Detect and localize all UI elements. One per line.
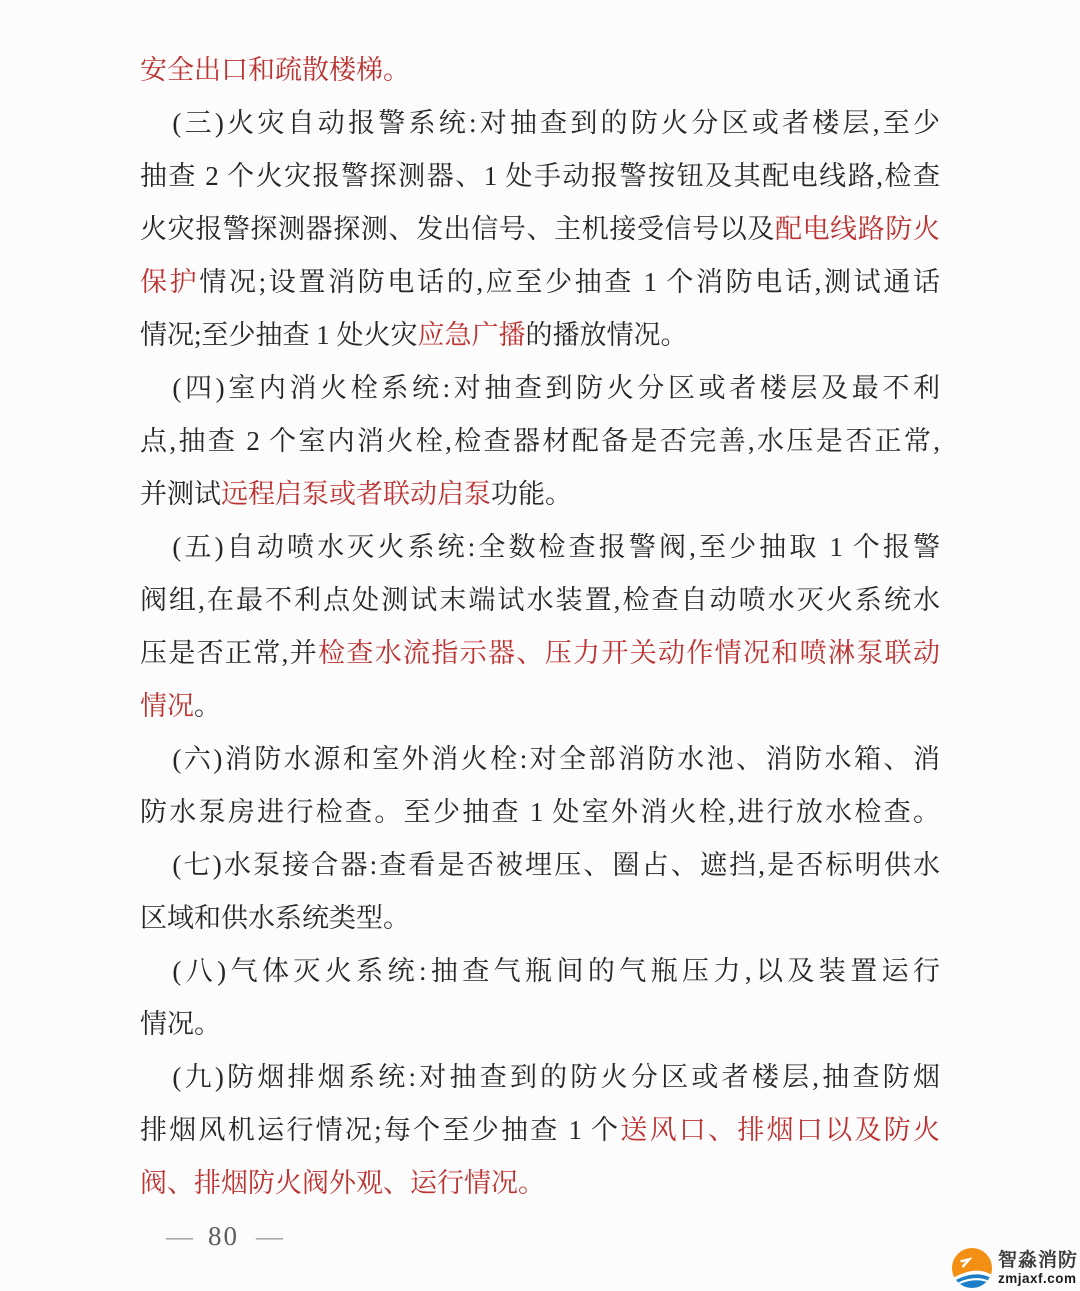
highlighted-text: 送风口、排烟口以及防火 [620,1115,940,1145]
page-footer: — 80 — [166,1221,281,1252]
text-line: 阀、排烟防火阀外观、运行情况。 [140,1157,940,1210]
document-body: 安全出口和疏散楼梯。(三)火灾自动报警系统:对抽查到的防火分区或者楼层,至少抽查… [140,44,940,1210]
body-text: (九)防烟排烟系统:对抽查到的防火分区或者楼层,抽查防烟 [172,1062,940,1092]
watermark: 智淼消防 zmjaxf.com [950,1247,1078,1289]
body-text: (三)火灾自动报警系统:对抽查到的防火分区或者楼层,至少 [172,108,940,138]
footer-dash-right: — [256,1221,281,1252]
body-text: 排烟风机运行情况;每个至少抽查 1 个 [140,1115,620,1145]
body-text: 并测试 [140,479,221,509]
text-line: (九)防烟排烟系统:对抽查到的防火分区或者楼层,抽查防烟 [140,1051,940,1104]
text-line: 情况;至少抽查 1 处火灾应急广播的播放情况。 [140,309,940,362]
body-text: (八)气体灭火系统:抽查气瓶间的气瓶压力,以及装置运行 [172,956,940,986]
highlighted-text: 应急广播 [418,320,526,350]
text-line: 情况。 [140,998,940,1051]
text-line: 点,抽查 2 个室内消火栓,检查器材配备是否完善,水压是否正常, [140,415,940,468]
body-text: 区域和供水系统类型。 [140,903,410,933]
highlighted-text: 远程启泵或者联动启泵 [221,479,491,509]
zhimiao-logo-icon [950,1247,994,1289]
text-line: 防水泵房进行检查。至少抽查 1 处室外消火栓,进行放水检查。 [140,786,940,839]
text-line: 阀组,在最不利点处测试末端试水装置,检查自动喷水灭火系统水 [140,574,940,627]
page-number: 80 [208,1221,239,1252]
text-line: (五)自动喷水灭火系统:全数检查报警阀,至少抽取 1 个报警 [140,521,940,574]
text-line: (六)消防水源和室外消火栓:对全部消防水池、消防水箱、消 [140,733,940,786]
body-text: 抽查 2 个火灾报警探测器、1 处手动报警按钮及其配电线路,检查 [140,161,940,191]
text-line: 保护情况;设置消防电话的,应至少抽查 1 个消防电话,测试通话 [140,256,940,309]
footer-dash-left: — [166,1221,191,1252]
text-line: 情况。 [140,680,940,733]
body-text: 压是否正常,并 [140,638,318,668]
body-text: 情况。 [140,1009,221,1039]
body-text: 情况;至少抽查 1 处火灾 [140,320,418,350]
body-text: (四)室内消火栓系统:对抽查到防火分区或者楼层及最不利 [172,373,940,403]
body-text: 的播放情况。 [526,320,688,350]
body-text: (六)消防水源和室外消火栓:对全部消防水池、消防水箱、消 [172,744,940,774]
body-text: 。 [194,691,221,721]
body-text: (七)水泵接合器:查看是否被埋压、圈占、遮挡,是否标明供水 [172,850,940,880]
body-text: 火灾报警探测器探测、发出信号、主机接受信号以及 [140,214,775,244]
highlighted-text: 检查水流指示器、压力开关动作情况和喷淋泵联动 [318,638,940,668]
watermark-brand: 智淼消防 [998,1251,1078,1270]
text-line: 抽查 2 个火灾报警探测器、1 处手动报警按钮及其配电线路,检查 [140,150,940,203]
text-line: (三)火灾自动报警系统:对抽查到的防火分区或者楼层,至少 [140,97,940,150]
body-text: 情况;设置消防电话的,应至少抽查 1 个消防电话,测试通话 [199,267,940,297]
body-text: 防水泵房进行检查。至少抽查 1 处室外消火栓,进行放水检查。 [140,797,940,827]
body-text: (五)自动喷水灭火系统:全数检查报警阀,至少抽取 1 个报警 [172,532,940,562]
body-text: 阀组,在最不利点处测试末端试水装置,检查自动喷水灭火系统水 [140,585,940,615]
highlighted-text: 阀、排烟防火阀外观、运行情况。 [140,1168,545,1198]
text-line: (四)室内消火栓系统:对抽查到防火分区或者楼层及最不利 [140,362,940,415]
body-text: 点,抽查 2 个室内消火栓,检查器材配备是否完善,水压是否正常, [140,426,940,456]
text-line: 并测试远程启泵或者联动启泵功能。 [140,468,940,521]
highlighted-text: 情况 [140,691,194,721]
highlighted-text: 保护 [140,267,199,297]
body-text: 功能。 [491,479,572,509]
text-line: 压是否正常,并检查水流指示器、压力开关动作情况和喷淋泵联动 [140,627,940,680]
text-line: 安全出口和疏散楼梯。 [140,44,940,97]
highlighted-text: 安全出口和疏散楼梯。 [140,55,410,85]
text-line: (八)气体灭火系统:抽查气瓶间的气瓶压力,以及装置运行 [140,945,940,998]
watermark-text: 智淼消防 zmjaxf.com [998,1251,1078,1286]
watermark-site: zmjaxf.com [998,1272,1078,1286]
text-line: 排烟风机运行情况;每个至少抽查 1 个送风口、排烟口以及防火 [140,1104,940,1157]
text-line: 区域和供水系统类型。 [140,892,940,945]
text-line: (七)水泵接合器:查看是否被埋压、圈占、遮挡,是否标明供水 [140,839,940,892]
highlighted-text: 配电线路防火 [775,214,940,244]
text-line: 火灾报警探测器探测、发出信号、主机接受信号以及配电线路防火 [140,203,940,256]
